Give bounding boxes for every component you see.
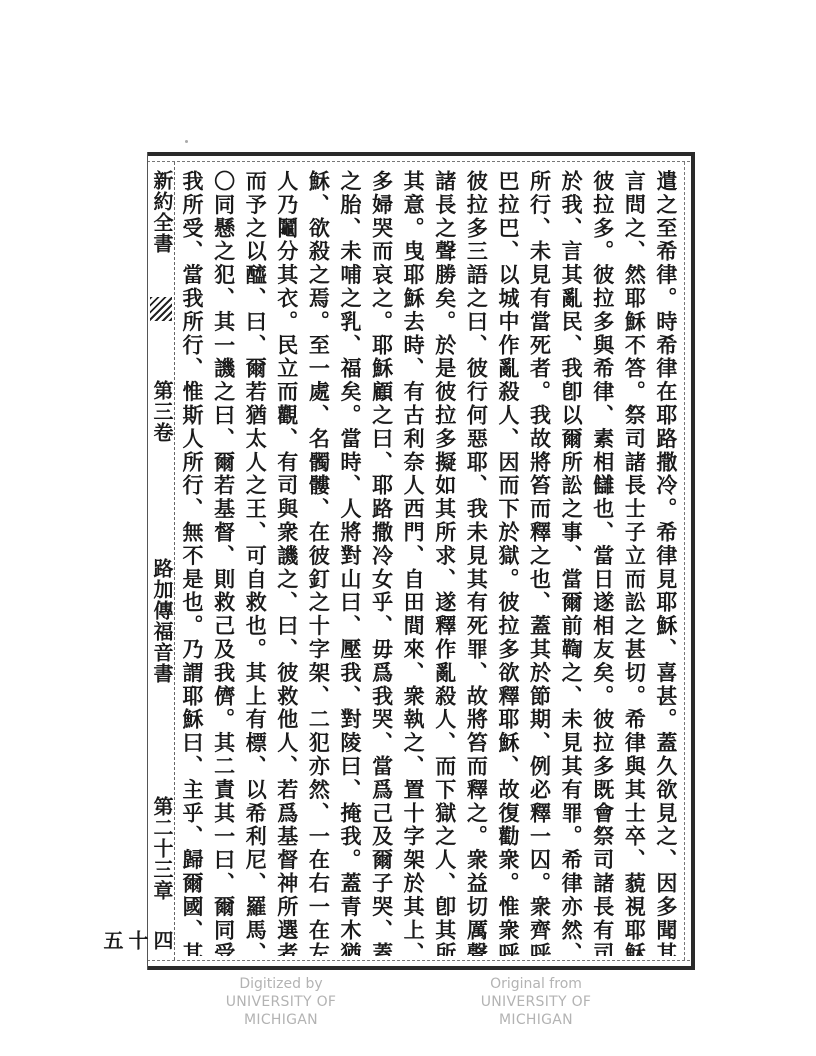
digitized-by-org: UNIVERSITY OF MICHIGAN <box>196 993 366 1029</box>
book-title: 新約全書 <box>149 170 174 254</box>
original-from-org: UNIVERSITY OF MICHIGAN <box>446 993 626 1029</box>
top-border-thick <box>147 152 695 156</box>
gospel-title: 路加傳福音書 <box>149 558 174 684</box>
margin-divider <box>174 162 175 960</box>
text-column: 多婦哭而哀之。耶穌顧之曰、耶路撒冷女乎、毋爲我哭、當爲己及爾子哭、蓋日將至、人必… <box>367 170 397 956</box>
text-column: 彼拉多。彼拉多與希律、素相讎也、當日遂相友矣。彼拉多既會祭司諸長有司與民、謂之曰… <box>588 170 618 956</box>
digitization-footer: Digitized by UNIVERSITY OF MICHIGAN Orig… <box>0 975 816 1035</box>
text-column: 之胎、未哺之乳、福矣。當時、人將對山曰、壓我、對陵曰、掩我。蓋青木猶如此、則枯木… <box>335 170 365 956</box>
text-column: 巴拉巴、以城中作亂殺人、因而下於獄。彼拉多欲釋耶穌、故復勸衆。惟衆呼曰、釘之十字… <box>493 170 523 956</box>
bottom-border-thin <box>147 960 695 961</box>
text-column: 遣之至希律。時希律在耶路撒冷。希律見耶穌、喜甚。蓋久欲見之、因多聞其事、且冀見其… <box>651 170 681 956</box>
text-column: 我所受、當我所行、惟斯人所行、無不是也。乃謂耶穌曰、主乎、歸爾國、其憶我。耶穌謂… <box>177 170 207 956</box>
digitized-by-credit: Digitized by UNIVERSITY OF MICHIGAN <box>196 975 366 1029</box>
text-column: 所行、未見有當死者。我故將笞而釋之也、蓋其於節期、例必釋一囚。衆齊呼曰、棄此人、… <box>525 170 555 956</box>
original-from-label: Original from <box>446 975 626 993</box>
text-column: 其意。曳耶穌去時、有古利奈人西門、自田間來、衆執之、置十字架於其上、使負之從耶穌… <box>398 170 428 956</box>
right-border-thick <box>691 152 695 970</box>
top-border-thin <box>147 161 695 162</box>
text-column: 〇同懸之犯、其一譏之曰、爾若基督、則救己及我儕。其二責其一曰、爾同受罪、猶不畏神… <box>209 170 239 956</box>
chapter-label: 第二十三章 <box>149 796 174 901</box>
bottom-border-thick <box>147 966 695 970</box>
right-border-thin <box>684 162 685 960</box>
page-number: 四十五 <box>149 930 174 958</box>
digitized-by-label: Digitized by <box>196 975 366 993</box>
fish-tail-ornament-icon <box>150 297 172 321</box>
book-page: 新約全書 第三卷 路加傳福音書 第二十三章 四十五 遣之至希律。時希律在耶路撒冷… <box>147 152 695 970</box>
text-column: 於我、言其亂民、我卽以爾所訟之事、當爾前鞫之、未見其有罪。希律亦然、蓋我遣爾見希… <box>556 170 586 956</box>
left-border <box>147 152 148 970</box>
text-column: 諸長之聲勝矣。於是彼拉多擬如其所求、遂釋作亂殺人、而下獄之人、卽其所求者、乃交耶… <box>430 170 460 956</box>
scan-speck <box>185 140 188 143</box>
original-from-credit: Original from UNIVERSITY OF MICHIGAN <box>446 975 626 1029</box>
text-column: 彼拉多三語之曰、彼行何惡耶、我未見其有死罪、故將笞而釋之。衆益切厲聲求釘十字架、… <box>461 170 491 956</box>
text-column: 穌、欲殺之焉。至一處、名髑髏、在彼釘之十字架、二犯亦然、一在右一在左。耶穌曰、父… <box>303 170 333 956</box>
text-column: 而予之以醯、曰、爾若猶太人之王、可自救也。其上有標、以希利尼、羅馬、希伯來字、書… <box>240 170 270 956</box>
text-column: 人乃鬮分其衣。民立而觀、有司與衆譏之、曰、彼救他人、若爲基督神所選者、則可自救也… <box>272 170 302 956</box>
volume-label: 第三卷 <box>149 380 174 443</box>
main-text-body: 遣之至希律。時希律在耶路撒冷。希律見耶穌、喜甚。蓋久欲見之、因多聞其事、且冀見其… <box>177 170 681 956</box>
page-margin-column: 新約全書 第三卷 路加傳福音書 第二十三章 四十五 <box>149 170 174 958</box>
text-column: 言問之、然耶穌不答。祭司諸長士子立而訟之甚切。希律與其士卒、藐視耶穌、玩之、衣以… <box>619 170 649 956</box>
